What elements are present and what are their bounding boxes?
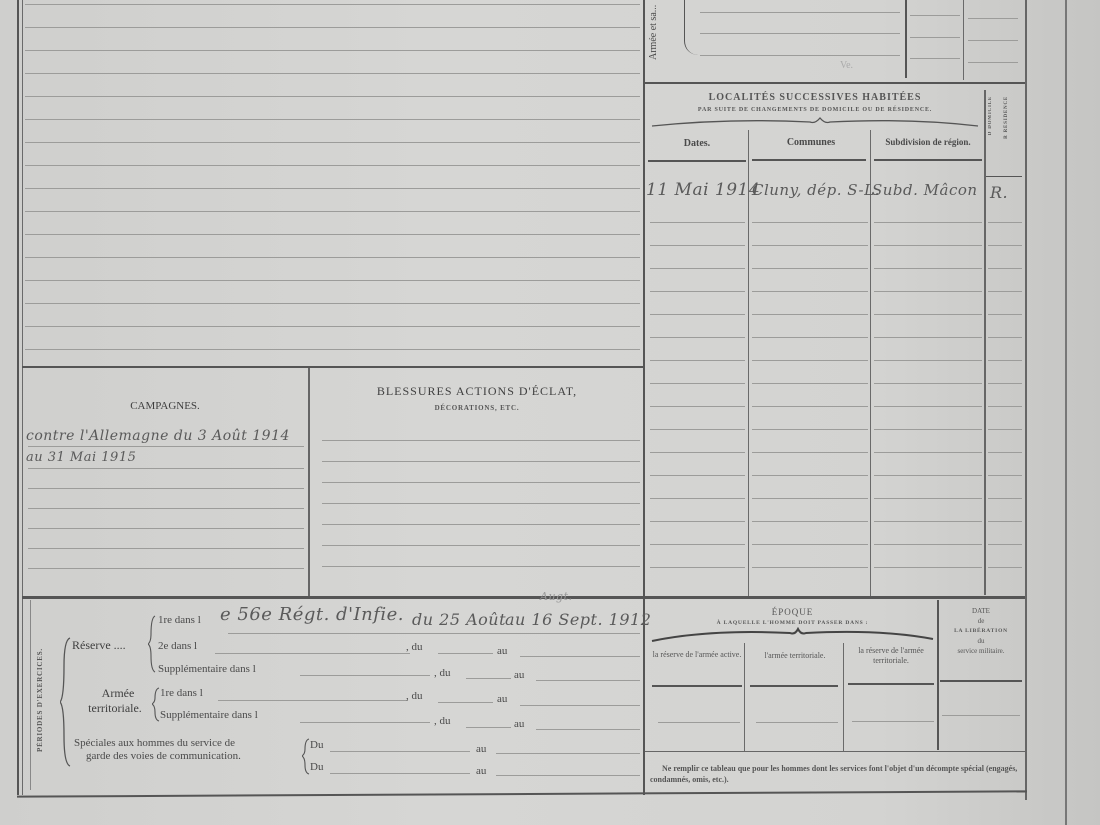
date-liberation-header: DATE de LA LIBÉRATION du service militai… [940, 606, 1022, 656]
localites-brace-icon [650, 116, 980, 128]
date-header-line3: LA LIBÉRATION [940, 626, 1022, 636]
date-header-line5: service militaire. [940, 646, 1022, 656]
epoque-subtitle: À LAQUELLE L'HOMME DOIT PASSER DANS : [650, 620, 935, 626]
left-border [17, 0, 19, 795]
epoque-col-reserve-active: la réserve de l'armée active. [652, 650, 742, 660]
reserve-row-1-du: du 25 Août [412, 610, 506, 629]
left-border-inner [22, 0, 23, 795]
reserve-row-2-du: , du [406, 641, 423, 653]
faint-annotation: Augt. [540, 590, 573, 603]
reserve-row-3-au: au [514, 669, 524, 681]
reserve-label: Réserve .... [72, 638, 126, 653]
periodes-side-label: PÉRIODES D'EXERCICES. [36, 640, 44, 760]
entry-commune: Cluny, dép. S-L. [752, 181, 880, 199]
reserve-row-1-handwritten: e 56e Régt. d'Infie. [220, 604, 404, 625]
territoriale-row-1-label: 1re dans l [160, 687, 203, 699]
column-subdivision: Subdivision de région. [872, 137, 984, 147]
date-header-line2: de [940, 616, 1022, 626]
speciales-row-2-au: au [476, 765, 486, 777]
reserve-row-3-du: , du [434, 667, 451, 679]
speciales-row-1-du: Du [310, 739, 323, 751]
territoriale-row-2-au: au [514, 718, 524, 730]
column-communes: Communes [752, 137, 870, 148]
domicile-column-header: D DOMICILE [988, 96, 1002, 135]
localites-title: LOCALITÉS SUCCESSIVES HABITÉES [650, 92, 980, 103]
faint-mark: Ve. [840, 60, 853, 71]
epoque-title: ÉPOQUE [650, 607, 935, 617]
military-register-page: Armée et sa... Ve. LOCALITÉS SUCCESSIVES… [0, 0, 1100, 825]
campagnes-entry-line1: contre l'Allemagne du 3 Août 1914 [26, 428, 290, 444]
periodes-brace-icon [60, 636, 72, 768]
date-header-line4: du [940, 636, 1022, 646]
territoriale-brace-icon [152, 686, 160, 722]
speciales-row-1-au: au [476, 743, 486, 755]
reserve-row-2-au: au [497, 645, 507, 657]
entry-subdivision: Subd. Mâcon [872, 181, 978, 199]
right-border [1025, 0, 1027, 800]
residence-column-header: R RÉSIDENCE [1004, 96, 1018, 139]
bottom-border [17, 790, 1027, 797]
territoriale-row-2-label: Supplémentaire dans l [160, 709, 258, 721]
territoriale-label-2: territoriale. [72, 701, 158, 716]
armee-rotated-label: Armée et sa... [648, 5, 659, 60]
epoque-note: Ne remplir ce tableau que pour les homme… [650, 763, 1022, 785]
epoque-col-reserve-territoriale: la réserve de l'armée territoriale. [846, 646, 936, 666]
page-edge [1065, 0, 1067, 825]
main-column-divider [643, 0, 645, 795]
territoriale-row-1-au: au [497, 693, 507, 705]
reserve-brace-icon [148, 614, 156, 674]
territoriale-row-2-du: , du [434, 715, 451, 727]
entry-type: R. [990, 183, 1008, 202]
reserve-row-1-au: au 16 Sept. 1912 [505, 610, 651, 629]
blessures-title: BLESSURES ACTIONS D'ÉCLAT, [312, 384, 642, 399]
reserve-row-1-label: 1re dans l [158, 614, 201, 626]
reserve-row-3-label: Supplémentaire dans l [158, 663, 256, 675]
speciales-brace-icon [302, 737, 310, 775]
date-header-line1: DATE [940, 606, 1022, 616]
speciales-line-2: garde des voies de communication. [86, 750, 241, 762]
brace [684, 0, 699, 55]
speciales-line-1: Spéciales aux hommes du service de [74, 737, 235, 749]
localites-subtitle: PAR SUITE DE CHANGEMENTS DE DOMICILE OU … [650, 107, 980, 113]
territoriale-row-1-du: , du [406, 690, 423, 702]
campagnes-entry-line2: au 31 Mai 1915 [26, 450, 136, 465]
divider-campagnes [22, 366, 644, 368]
blessures-subtitle: DÉCORATIONS, ETC. [312, 404, 642, 412]
epoque-brace-icon [650, 627, 935, 643]
campagnes-title: CAMPAGNES. [25, 400, 305, 412]
divider-periodes [22, 596, 1025, 599]
column-dates: Dates. [648, 138, 746, 149]
speciales-row-2-du: Du [310, 761, 323, 773]
territoriale-label-1: Armée [78, 686, 158, 701]
reserve-row-2-label: 2e dans l [158, 640, 197, 652]
epoque-col-territoriale: l'armée territoriale. [750, 650, 840, 661]
entry-date: 11 Mai 1914 [646, 180, 760, 200]
